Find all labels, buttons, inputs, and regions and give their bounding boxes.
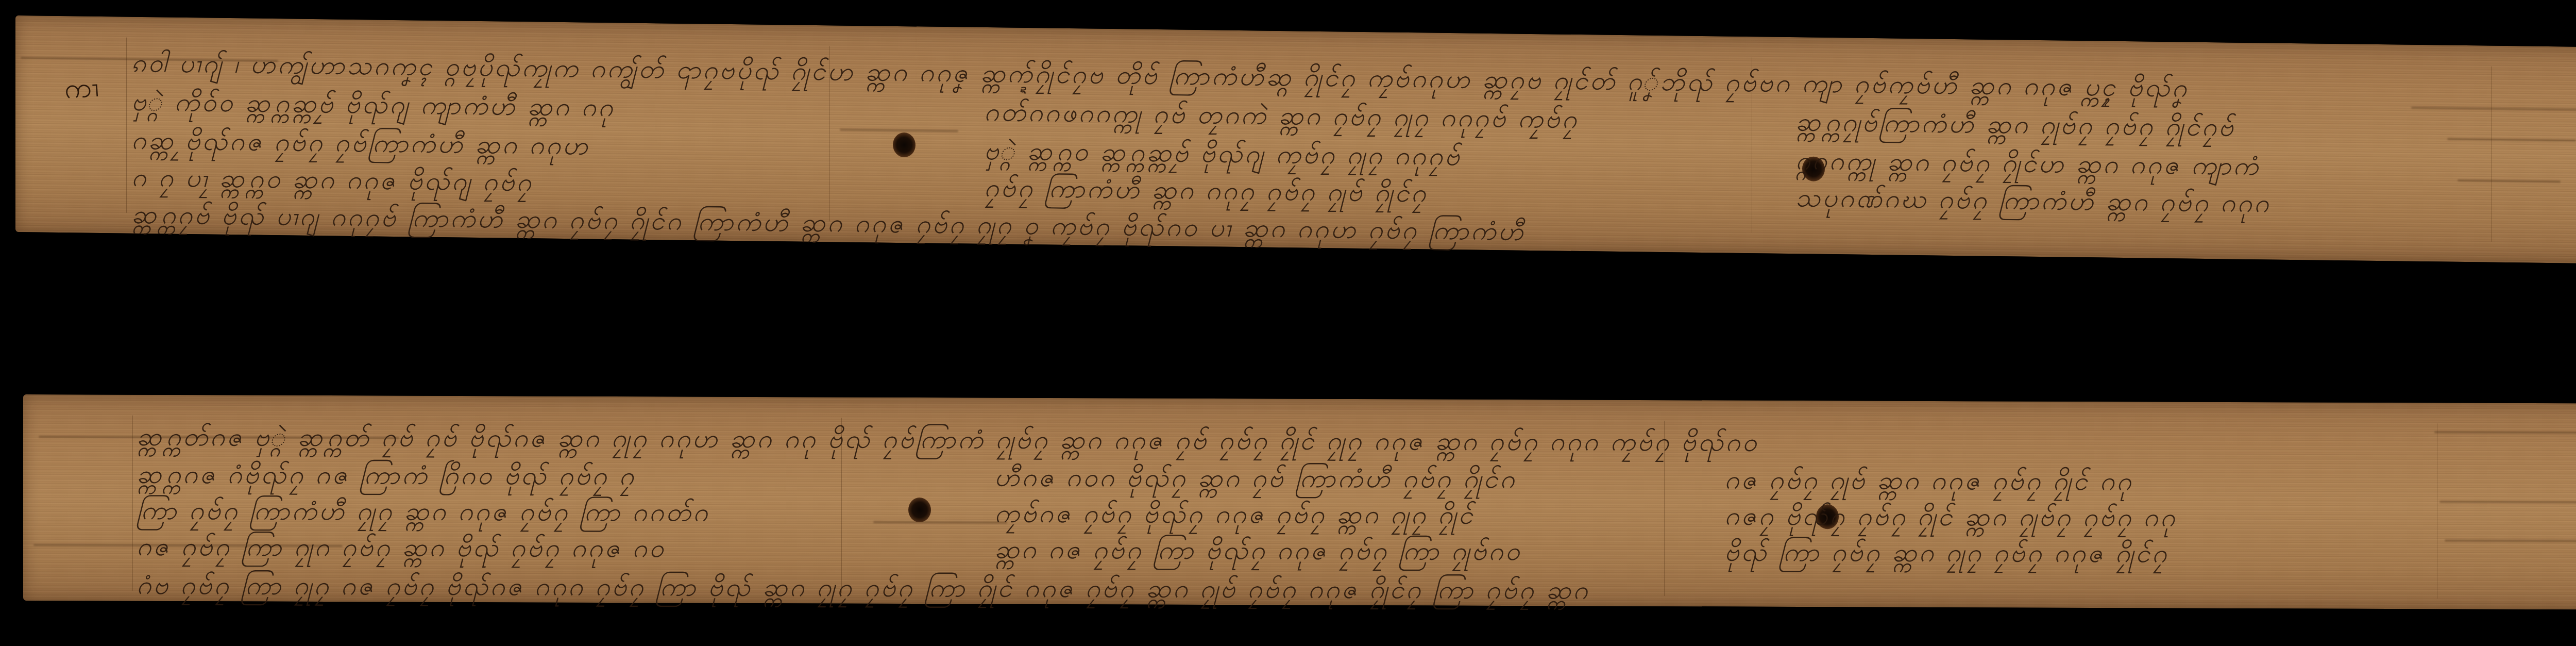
script-line-segment-middle: ဆ္ကဂ ဂဇ ဂၠဗ်ဂၠ ကြာ ဗိုၺ်ဂၠ ဂဂုဇ ဂၠဗ်ဂၠ က… (994, 534, 1659, 572)
script-line-segment-middle: ဂတ်ဂဂဖဂဂက္ကု ဂၠဗ် တၠဂကဲ ဆ္ကဂ ဂၠဗ်ဂၠ ဂၠုဂ… (984, 96, 1747, 141)
script-line-segment-left: ဂဆ္ကၠ ဗိုၺ်ဂဇ ဂၠဗ်ဂၠ ဂၠဗ်ကြာကံဟီ ဆ္ကဂ ဂဂ… (131, 124, 824, 169)
margin-ruling-left (126, 38, 127, 213)
fiber-streak (2445, 539, 2576, 542)
script-line-segment-left: ဆ္ကဂ္ကဂဇ ဂံဗိုၺ်ဂၠ ဂဇ ကြာကံ ဂြိဂဝ ဗိုၺ် … (137, 458, 832, 497)
folio-number-mark: ကၢ (63, 70, 100, 112)
script-line-segment-right: ဂဇ ဂၠဗ်ဂၠ ဂၠုဗ် ဆ္ကဂ ဂဂုဇ ဂၠဗ်ဂၠ ဂၠိုၚ် … (1724, 464, 2435, 503)
palm-leaf-folio-top: ကၢ + ၵ၀ါ ပၢဂျ် ၊ ဟကျွ်ဟာသဂကၞၚ ဝ္ဂၠဗပိုၺ်… (15, 15, 2576, 264)
fiber-streak (2439, 501, 2576, 503)
script-line-segment-right: ဗိုၺ် ကြာ ဂၠဗ်ဂၠ ဆ္ကဂ ဂၠုဂၠ ဂၠဗ်ဂၠ ဂဂုဇ … (1724, 536, 2435, 575)
script-line: ဆ္ကဂ္ကတ်ဂဇ ဗှ္ဂဲ ဆ္ကဂ္ကတ် ဂၠဗ် ဂၠဗ် ဗိုၺ… (137, 421, 2434, 465)
script-line-segment-left: ဗှ္ဂဲ ကိုဝ်ဝ ဆ္ကဂ္ကဆ္ကၠဗ် ဗိုၺ်ဂျ ကျာကံဟ… (131, 86, 824, 130)
script-line-segment-right: ဆ္ကဂ္ကဂၠုဗ်ကြာကံဟီ ဆ္ကဂ ဂၠုဗ်ဂၠ ဂၠဗ်ဂၠ ဂ… (1795, 106, 2488, 150)
fiber-streak (873, 521, 1007, 524)
script-line: ဂံဗ ဂၠဗ်ဂၠ ကြာ ဂၠုဂၠ ဂဇ ဂၠဗ်ဂၠ ဗိုၺ်ဂဇ ဂ… (137, 569, 2434, 614)
script-line-segment-left: ကြာ ဂၠဗ်ဂၠ ကြာကံဟီ ဂၠုဂၠ ဆ္ကဂ ဂဂုဇ ဂၠဗ်ဂ… (137, 494, 832, 533)
script-line-segment-middle: ဟီဂဇ ဂဝဂ ဗိုၺ်ဂၠ ဆ္ကဂ ဂၠဗ် ကြာကံဟီ ဂၠဗ်ဂ… (994, 461, 1659, 500)
margin-ruling-left (132, 416, 133, 591)
script-line-segment-left: ဂ ဂၠ ပၢၠ ဆ္ကဂ္ကဝ ဆ္ကဂ ဂဂုဇ ဗိုၺ်ဂျ ဂၠဗ်ဂ… (131, 161, 824, 206)
binding-hole-left (908, 498, 931, 522)
script-line-segment-right: ဂဇဂၠ ဗိုၺ်ဂၠ ဂၠဗ်ဂၠ ဂၠိုၚ် ဆ္ကဂ ဂၠုဗ်ဂၠ … (1724, 500, 2435, 539)
fiber-streak (840, 129, 958, 132)
binding-hole-left (893, 132, 916, 158)
fiber-streak (2434, 431, 2576, 434)
script-line-segment-right: သပုဂဏ်ဂဃ ဂၠဗ်ဂၠ ကြာကံဟီ ဆ္ကဂ ဂၠဗ်ဂၠ ဂဂုဂ (1795, 181, 2488, 226)
script-line-segment-middle: ကၠဗ်ဂဇ ဂၠဗ်ဂၠ ဗိုၺ်ဂၠ ဂဂုဇ ဂၠဗ်ဂၠ ဆ္ကဂ ဂ… (994, 498, 1659, 536)
palm-leaf-folio-bottom: ဆ္ကဂ္ကတ်ဂဇ ဗှ္ဂဲ ဆ္ကဂ္ကတ် ဂၠဗ် ဂၠဗ် ဗိုၺ… (23, 394, 2576, 610)
script-line-segment-right: ဂ္ဂဂဂက္ကု ဆ္ကဂ ဂၠဗ်ဂၠ ဂၠိုၚ်ဟ ဆ္ကဂ ဂဂုဇ … (1795, 144, 2488, 189)
script-line-segment-left: ဂဇ ဂၠဗ်ဂၠ ကြာ ဂၠုဂ ဂၠဗ်ဂၠ ဆ္ကဂ ဗိုၺ် ဂၠဗ… (137, 531, 832, 569)
margin-ruling-right (2437, 423, 2437, 599)
margin-ruling-right (2491, 67, 2492, 242)
